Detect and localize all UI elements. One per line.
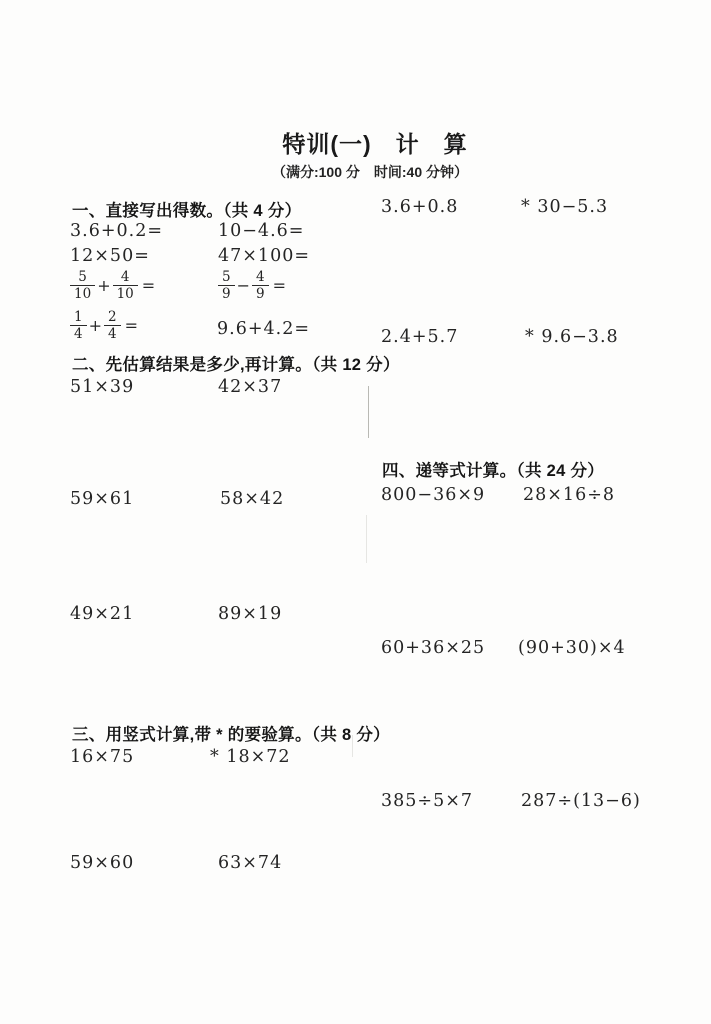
worksheet-page: 特训(一) 计 算 （满分:100 分 时间:40 分钟） 一、直接写出得数。（… — [0, 0, 711, 1024]
denominator: 4 — [70, 326, 87, 341]
section1-header: 一、直接写出得数。（共 4 分） — [72, 197, 301, 221]
problem: 10−4.6= — [218, 221, 304, 241]
problem: 58×42 — [220, 489, 284, 509]
problem: 59×61 — [70, 489, 134, 509]
denominator: 9 — [218, 286, 235, 301]
operator: + — [89, 316, 102, 335]
fraction: 410 — [113, 270, 138, 301]
fraction: 59 — [218, 270, 235, 301]
denominator: 9 — [252, 286, 269, 301]
problem-fraction: 14 + 24 = — [70, 310, 140, 341]
fraction: 510 — [70, 270, 95, 301]
problem: 2.4+5.7 — [381, 327, 458, 347]
numerator: 4 — [252, 270, 269, 286]
numerator: 2 — [104, 310, 121, 326]
problem: 800−36×9 — [381, 485, 485, 505]
problem: 51×39 — [70, 377, 134, 397]
problem: 9.6+4.2= — [217, 319, 310, 339]
problem-fraction: 59 − 49 = — [218, 270, 288, 301]
page-subtitle: （满分:100 分 时间:40 分钟） — [0, 162, 711, 182]
problem-starred: * 30−5.3 — [521, 197, 608, 217]
problem: 287÷(13−6) — [521, 791, 641, 811]
section4-header: 四、递等式计算。（共 24 分） — [382, 457, 604, 481]
problem-starred: * 9.6−3.8 — [525, 327, 619, 347]
equals-sign: = — [125, 316, 138, 335]
denominator: 10 — [70, 286, 95, 301]
denominator: 10 — [113, 286, 138, 301]
equals-sign: = — [273, 276, 286, 295]
problem: 28×16÷8 — [523, 485, 615, 505]
fraction: 14 — [70, 310, 87, 341]
denominator: 4 — [104, 326, 121, 341]
operator: − — [237, 276, 250, 295]
numerator: 5 — [218, 270, 235, 286]
problem: 42×37 — [218, 377, 282, 397]
problem: 63×74 — [218, 853, 282, 873]
problem: 16×75 — [70, 747, 134, 767]
problem: 60+36×25 — [381, 638, 485, 658]
numerator: 1 — [70, 310, 87, 326]
problem-fraction: 510 + 410 = — [70, 270, 157, 301]
problem: 12×50= — [70, 246, 150, 266]
numerator: 5 — [70, 270, 95, 286]
page-title: 特训(一) 计 算 — [0, 126, 711, 159]
problem: 49×21 — [70, 604, 134, 624]
problem: 89×19 — [218, 604, 282, 624]
operator: + — [97, 276, 110, 295]
fraction: 24 — [104, 310, 121, 341]
problem: 59×60 — [70, 853, 134, 873]
fraction: 49 — [252, 270, 269, 301]
section2-header: 二、先估算结果是多少,再计算。（共 12 分） — [72, 351, 400, 375]
problem: (90+30)×4 — [518, 638, 626, 658]
scan-crease-line — [366, 515, 367, 563]
section3-header: 三、用竖式计算,带 * 的要验算。（共 8 分） — [72, 721, 390, 745]
scan-crease-line — [352, 735, 353, 757]
problem: 3.6+0.8 — [381, 197, 458, 217]
scan-crease-line — [368, 386, 369, 438]
problem: 3.6+0.2= — [70, 221, 163, 241]
problem: 47×100= — [218, 246, 310, 266]
equals-sign: = — [142, 276, 155, 295]
problem: 385÷5×7 — [381, 791, 473, 811]
problem-starred: * 18×72 — [210, 747, 291, 767]
numerator: 4 — [113, 270, 138, 286]
